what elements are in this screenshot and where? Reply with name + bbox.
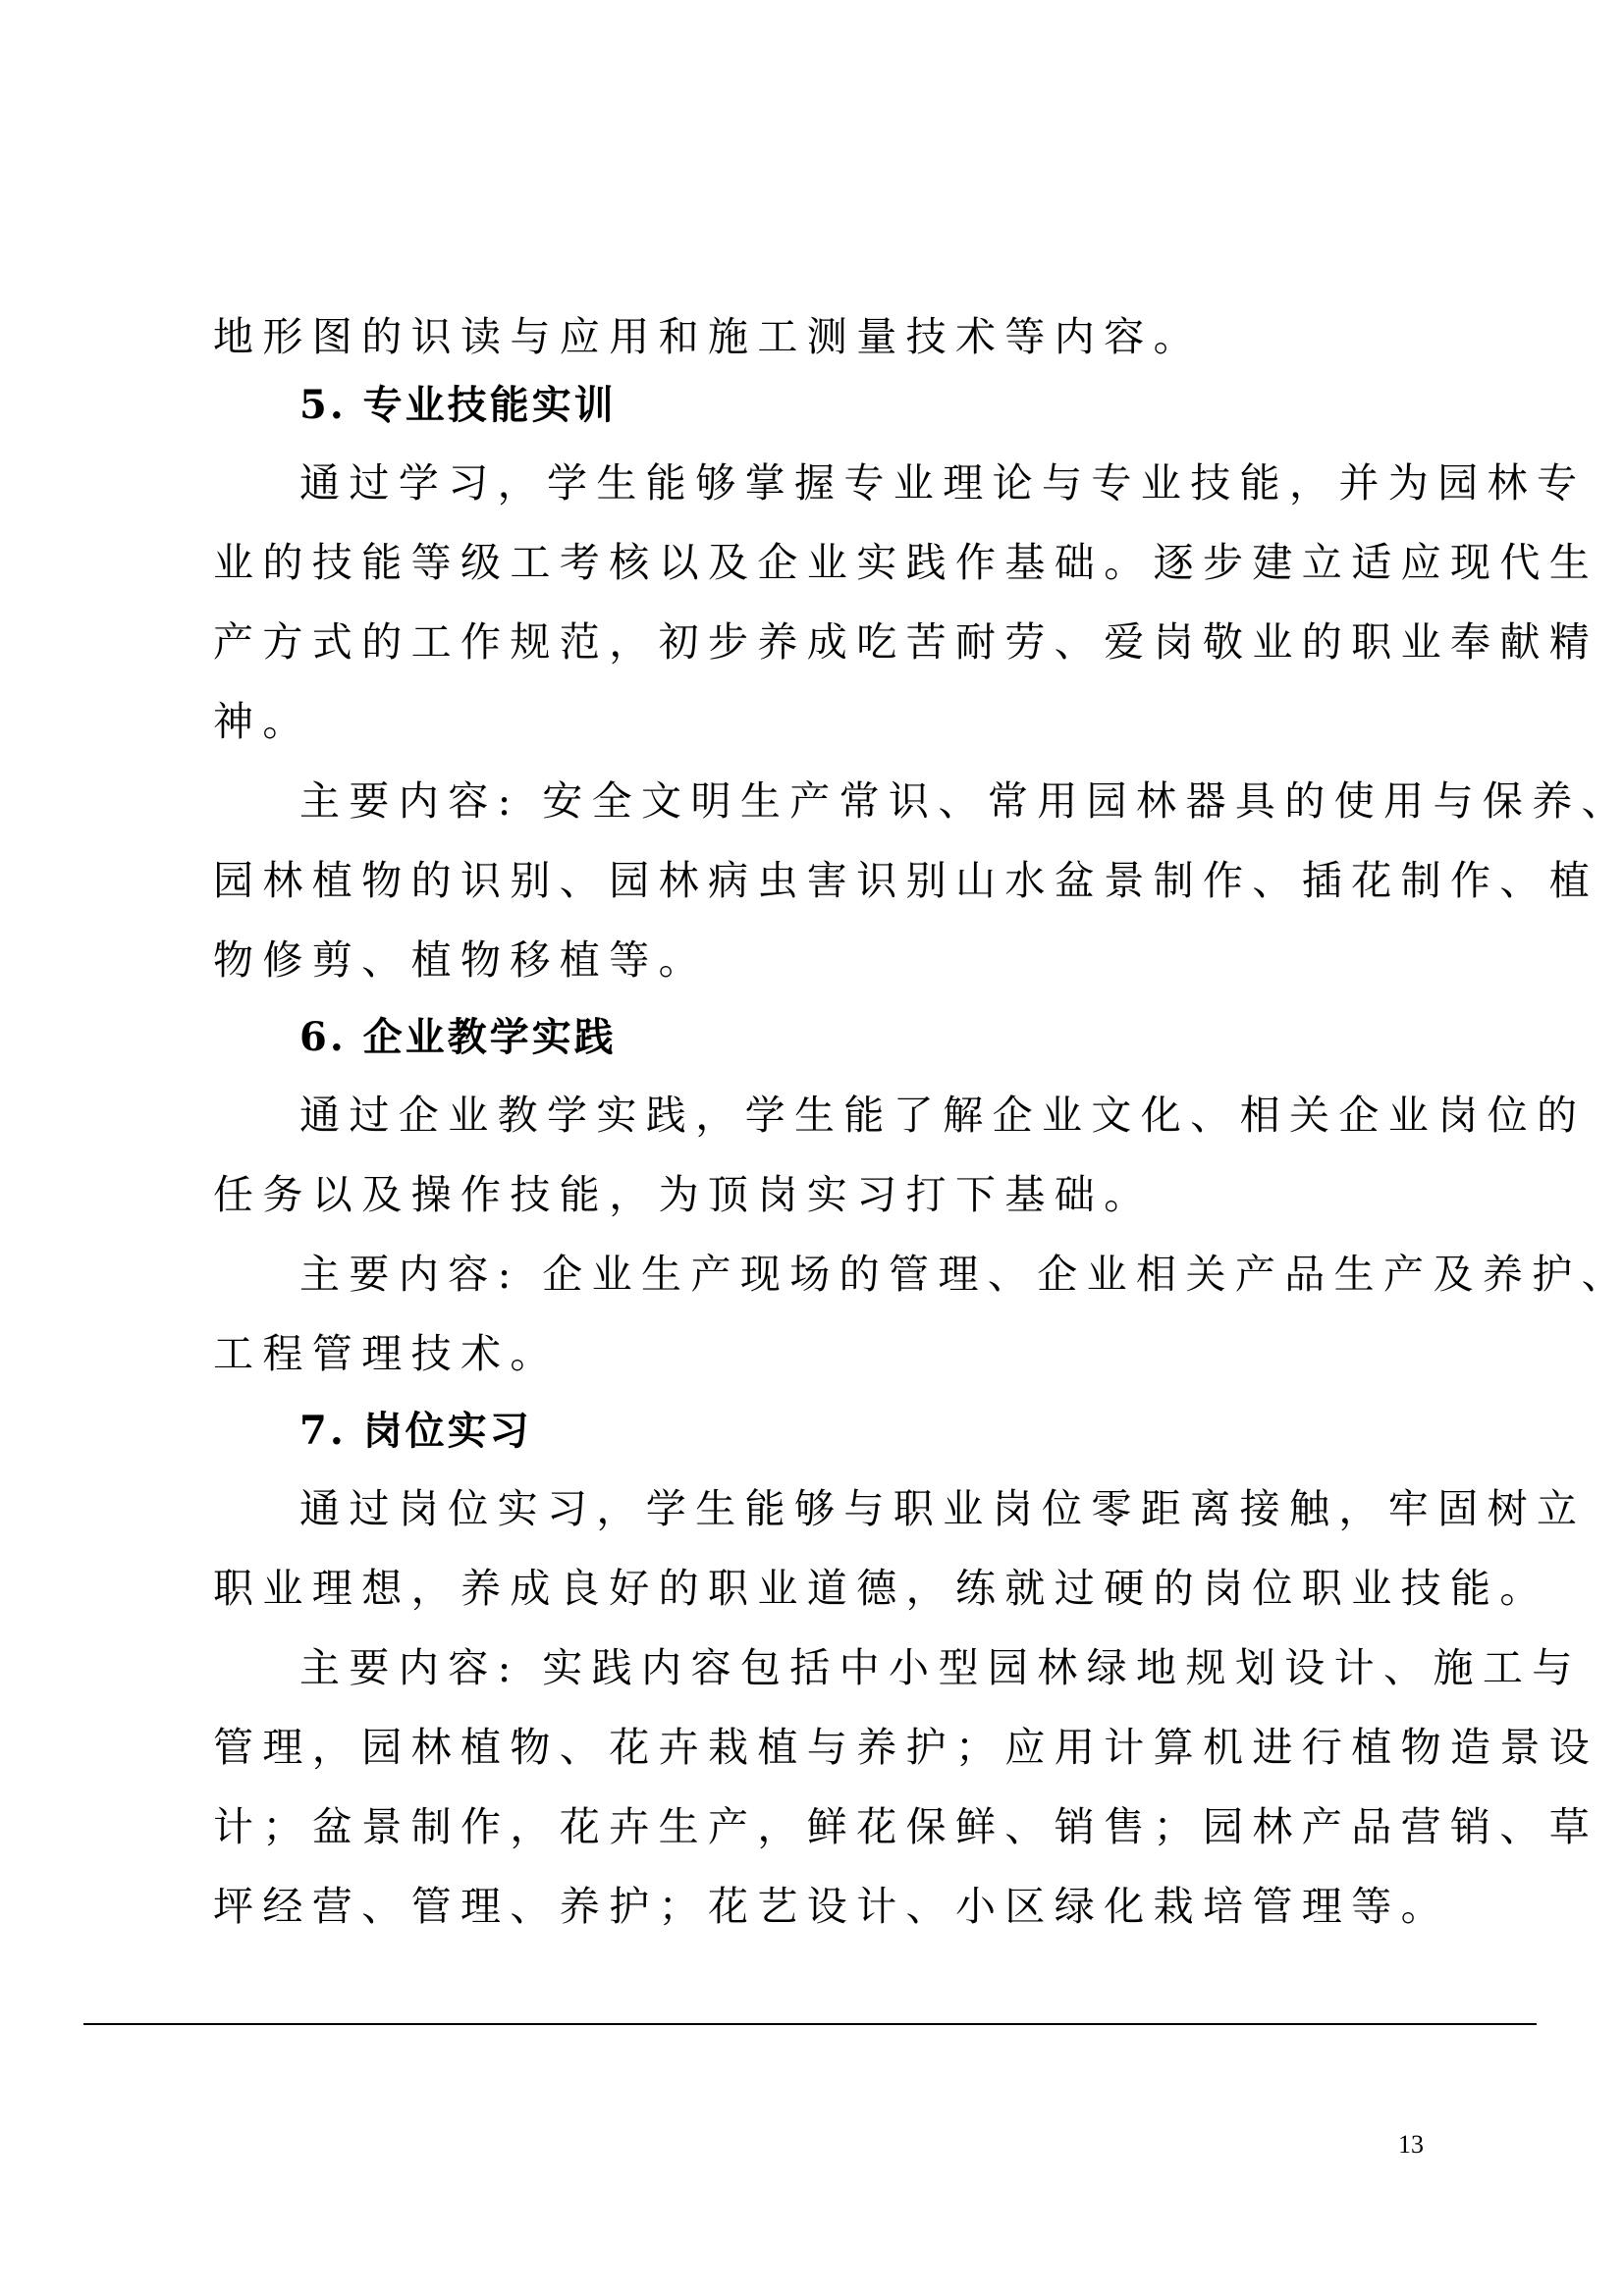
paragraph-line: 主要内容: 企业生产现场的管理、企业相关产品生产及养护、 bbox=[299, 1250, 1624, 1299]
continuation-line: 地形图的识读与应用和施工测量技术等内容。 bbox=[213, 312, 1203, 361]
paragraph-line: 园林植物的识别、园林病虫害识别山水盆景制作、插花制作、植 bbox=[213, 856, 1598, 905]
paragraph-line: 通过企业教学实践，学生能了解企业文化、相关企业岗位的 bbox=[299, 1091, 1586, 1140]
paragraph-line: 物修剪、植物移植等。 bbox=[213, 935, 708, 985]
paragraph-line: 主要内容: 实践内容包括中小型园林绿地规划设计、施工与 bbox=[299, 1643, 1582, 1692]
document-page: 地形图的识读与应用和施工测量技术等内容。 5. 专业技能实训 通过学习，学生能够… bbox=[0, 0, 1624, 2296]
page-number: 13 bbox=[1398, 2130, 1424, 2160]
paragraph-line: 业的技能等级工考核以及企业实践作基础。逐步建立适应现代生 bbox=[213, 538, 1598, 587]
paragraph-line: 计；盆景制作，花卉生产，鲜花保鲜、销售；园林产品营销、草 bbox=[213, 1802, 1598, 1851]
paragraph-line: 通过岗位实习，学生能够与职业岗位零距离接触，牢固树立 bbox=[299, 1484, 1586, 1533]
paragraph-line: 神。 bbox=[213, 697, 312, 746]
paragraph-line: 管理，园林植物、花卉栽植与养护；应用计算机进行植物造景设 bbox=[213, 1723, 1598, 1772]
paragraph-line: 主要内容: 安全文明生产常识、常用园林器具的使用与保养、 bbox=[299, 776, 1624, 826]
paragraph-line: 通过学习，学生能够掌握专业理论与专业技能，并为园林专 bbox=[299, 458, 1586, 507]
paragraph-line: 任务以及操作技能，为顶岗实习打下基础。 bbox=[213, 1170, 1154, 1219]
paragraph-line: 工程管理技术。 bbox=[213, 1329, 560, 1378]
paragraph-line: 产方式的工作规范，初步养成吃苦耐劳、爱岗敬业的职业奉献精 bbox=[213, 617, 1598, 667]
section-heading-7: 7. 岗位实习 bbox=[299, 1407, 532, 1456]
section-heading-6: 6. 企业教学实践 bbox=[299, 1013, 617, 1062]
paragraph-line: 坪经营、管理、养护；花艺设计、小区绿化栽培管理等。 bbox=[213, 1882, 1450, 1931]
footer-divider bbox=[83, 2023, 1537, 2025]
paragraph-line: 职业理想，养成良好的职业道德，练就过硬的岗位职业技能。 bbox=[213, 1564, 1549, 1613]
section-heading-5: 5. 专业技能实训 bbox=[299, 381, 617, 430]
